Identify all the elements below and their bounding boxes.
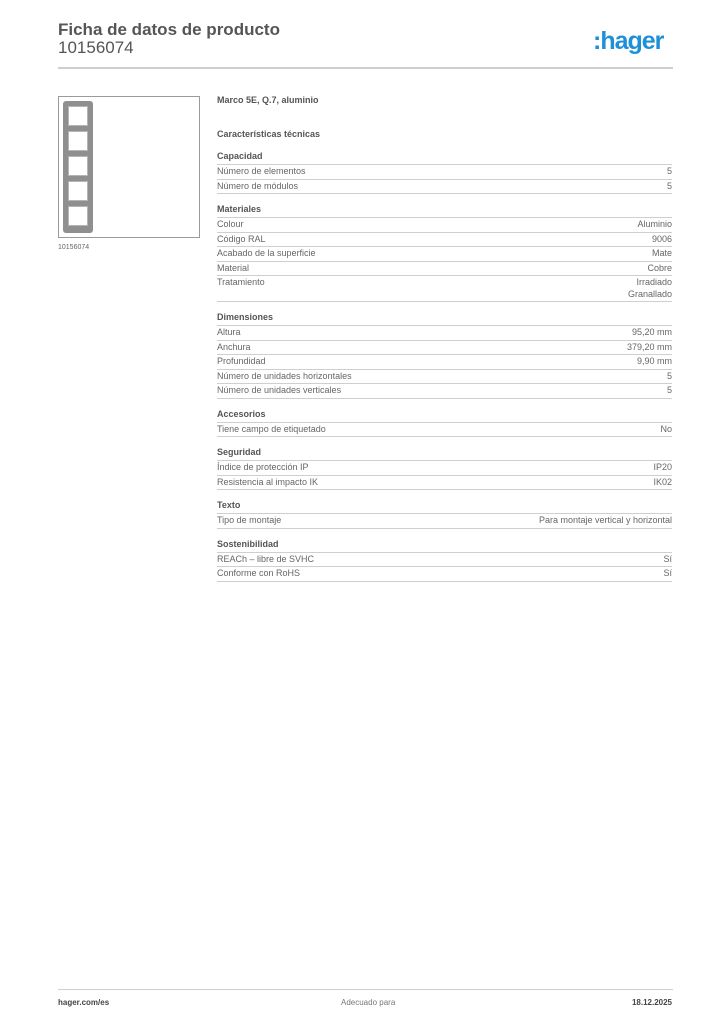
document-title: Ficha de datos de producto xyxy=(58,20,280,40)
spec-label: Código RAL xyxy=(217,234,266,246)
spec-label: Número de unidades verticales xyxy=(217,385,341,397)
spec-value-line: Cobre xyxy=(647,263,672,275)
spec-value: 379,20 mm xyxy=(627,342,672,354)
spec-row: Anchura379,20 mm xyxy=(217,341,672,356)
spec-value: Para montaje vertical y horizontal xyxy=(539,515,672,527)
spec-label: Conforme con RoHS xyxy=(217,568,300,580)
image-caption: 10156074 xyxy=(58,244,89,251)
spec-value: 9,90 mm xyxy=(637,356,672,368)
spec-value: 95,20 mm xyxy=(632,327,672,339)
section-dimensiones: DimensionesAltura95,20 mmAnchura379,20 m… xyxy=(217,312,672,399)
spec-value: IK02 xyxy=(653,477,672,489)
spec-value-line: 5 xyxy=(667,181,672,193)
spec-row: Número de unidades verticales5 xyxy=(217,384,672,399)
spec-row: Tipo de montajePara montaje vertical y h… xyxy=(217,514,672,529)
tech-title: Características técnicas xyxy=(217,129,672,141)
spec-value-line: Sí xyxy=(663,568,672,580)
spec-value: 5 xyxy=(667,166,672,178)
spec-label: Material xyxy=(217,263,249,275)
spec-value-line: Granallado xyxy=(628,289,672,301)
spec-value: Sí xyxy=(663,554,672,566)
spec-label: Número de unidades horizontales xyxy=(217,371,352,383)
section-texto: TextoTipo de montajePara montaje vertica… xyxy=(217,500,672,529)
product-name: Marco 5E, Q.7, aluminio xyxy=(217,95,672,107)
spec-value: Cobre xyxy=(647,263,672,275)
footer-divider xyxy=(58,989,673,990)
section-sostenibilidad: SostenibilidadREACh – libre de SVHCSíCon… xyxy=(217,539,672,582)
spec-label: Profundidad xyxy=(217,356,266,368)
spec-value: 5 xyxy=(667,371,672,383)
spec-label: Número de elementos xyxy=(217,166,306,178)
section-seguridad: SeguridadÍndice de protección IPIP20Resi… xyxy=(217,447,672,490)
spec-value-line: Irradiado xyxy=(628,277,672,289)
spec-value: IrradiadoGranallado xyxy=(628,277,672,300)
spec-row: Tiene campo de etiquetadoNo xyxy=(217,423,672,438)
section-materiales: MaterialesColourAluminioCódigo RAL9006Ac… xyxy=(217,204,672,302)
footer-date: 18.12.2025 xyxy=(632,998,672,1007)
spec-value: IP20 xyxy=(653,462,672,474)
spec-value: Aluminio xyxy=(637,219,672,231)
spec-value-line: IP20 xyxy=(653,462,672,474)
spec-row: Código RAL9006 xyxy=(217,233,672,248)
spec-label: Índice de protección IP xyxy=(217,462,309,474)
spec-label: Número de módulos xyxy=(217,181,298,193)
spec-value-line: No xyxy=(660,424,672,436)
spec-row: ColourAluminio xyxy=(217,218,672,233)
spec-row: Altura95,20 mm xyxy=(217,326,672,341)
header-divider xyxy=(58,67,673,69)
section-title: Texto xyxy=(217,500,672,514)
section-accesorios: AccesoriosTiene campo de etiquetadoNo xyxy=(217,409,672,438)
product-image xyxy=(58,96,200,238)
section-title: Seguridad xyxy=(217,447,672,461)
spec-value: Mate xyxy=(652,248,672,260)
spec-label: Acabado de la superficie xyxy=(217,248,316,260)
spec-value-line: 379,20 mm xyxy=(627,342,672,354)
section-title: Sostenibilidad xyxy=(217,539,672,553)
section-title: Capacidad xyxy=(217,151,672,165)
spec-row: Número de elementos5 xyxy=(217,165,672,180)
spec-value-line: 9006 xyxy=(652,234,672,246)
spec-value-line: Para montaje vertical y horizontal xyxy=(539,515,672,527)
spec-value-line: Aluminio xyxy=(637,219,672,231)
section-capacidad: CapacidadNúmero de elementos5Número de m… xyxy=(217,151,672,194)
spec-value-line: 5 xyxy=(667,385,672,397)
spec-label: Tipo de montaje xyxy=(217,515,281,527)
section-title: Accesorios xyxy=(217,409,672,423)
spec-label: Tiene campo de etiquetado xyxy=(217,424,326,436)
spec-row: Resistencia al impacto IKIK02 xyxy=(217,476,672,491)
spec-sections: CapacidadNúmero de elementos5Número de m… xyxy=(217,151,672,582)
spec-label: Anchura xyxy=(217,342,251,354)
frame-icon xyxy=(63,101,93,233)
spec-value-line: Mate xyxy=(652,248,672,260)
product-number: 10156074 xyxy=(58,38,134,58)
spec-row: Acabado de la superficieMate xyxy=(217,247,672,262)
spec-row: Número de módulos5 xyxy=(217,180,672,195)
spec-value-line: IK02 xyxy=(653,477,672,489)
spec-label: REACh – libre de SVHC xyxy=(217,554,314,566)
hager-logo: :hager xyxy=(593,27,663,56)
section-title: Dimensiones xyxy=(217,312,672,326)
section-title: Materiales xyxy=(217,204,672,218)
footer-center: Adecuado para xyxy=(341,998,395,1007)
spec-row: REACh – libre de SVHCSí xyxy=(217,553,672,568)
spec-value-line: Sí xyxy=(663,554,672,566)
spec-row: Índice de protección IPIP20 xyxy=(217,461,672,476)
spec-value: No xyxy=(660,424,672,436)
spec-value: 5 xyxy=(667,385,672,397)
spec-row: Número de unidades horizontales5 xyxy=(217,370,672,385)
footer-website[interactable]: hager.com/es xyxy=(58,998,109,1007)
spec-label: Colour xyxy=(217,219,244,231)
spec-value-line: 5 xyxy=(667,166,672,178)
spec-label: Tratamiento xyxy=(217,277,265,300)
spec-label: Resistencia al impacto IK xyxy=(217,477,318,489)
spec-label: Altura xyxy=(217,327,241,339)
spec-value-line: 9,90 mm xyxy=(637,356,672,368)
spec-value: 5 xyxy=(667,181,672,193)
spec-row: MaterialCobre xyxy=(217,262,672,277)
spec-value-line: 5 xyxy=(667,371,672,383)
spec-row: Profundidad9,90 mm xyxy=(217,355,672,370)
spec-value-line: 95,20 mm xyxy=(632,327,672,339)
spec-row: Conforme con RoHSSí xyxy=(217,567,672,582)
spec-value: Sí xyxy=(663,568,672,580)
spec-row: TratamientoIrradiadoGranallado xyxy=(217,276,672,302)
spec-value: 9006 xyxy=(652,234,672,246)
content: Marco 5E, Q.7, aluminio Características … xyxy=(217,95,672,582)
